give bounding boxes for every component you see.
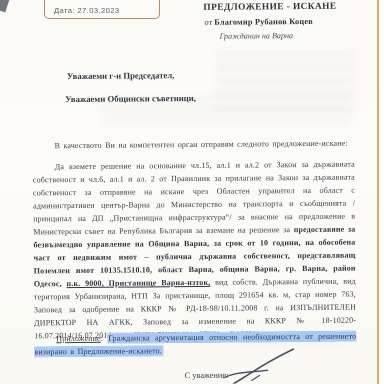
salutation-chairman: Уважаеми г-н Председател, [67, 70, 175, 81]
signature-stroke-tail [252, 375, 260, 380]
document-author-line: от Благомир Рубанов Коцев [204, 17, 312, 27]
letter-body: ПРЕДЛОЖЕНИЕ - ИСКАНЕ от Благомир Рубанов… [0, 0, 384, 384]
author-name: Благомир Рубанов Коцев [214, 17, 313, 27]
from-prefix: от [204, 18, 214, 27]
request-port-name-underlined: п.к. 9000, Пристанище Варна-изток, [66, 278, 210, 288]
salutation-councillors: Уважаеми Общински съветници, [65, 93, 196, 104]
author-role: Гражданин на Варна [220, 31, 294, 41]
attachment-label: Приложение [56, 334, 101, 343]
scanned-document-page: Дата: 27.03.2023 ПРЕДЛОЖЕНИЕ - ИСКАНЕ от… [0, 0, 384, 384]
signature-stroke-long [233, 349, 293, 384]
document-title: ПРЕДЛОЖЕНИЕ - ИСКАНЕ [203, 2, 336, 13]
handwritten-signature [201, 337, 321, 384]
attachment-colon: : [101, 334, 109, 343]
intro-paragraph: В качеството Ви на компетентен орган отп… [33, 137, 355, 153]
main-request-paragraph: Да вземете решение на основание чл.15, а… [33, 158, 357, 343]
